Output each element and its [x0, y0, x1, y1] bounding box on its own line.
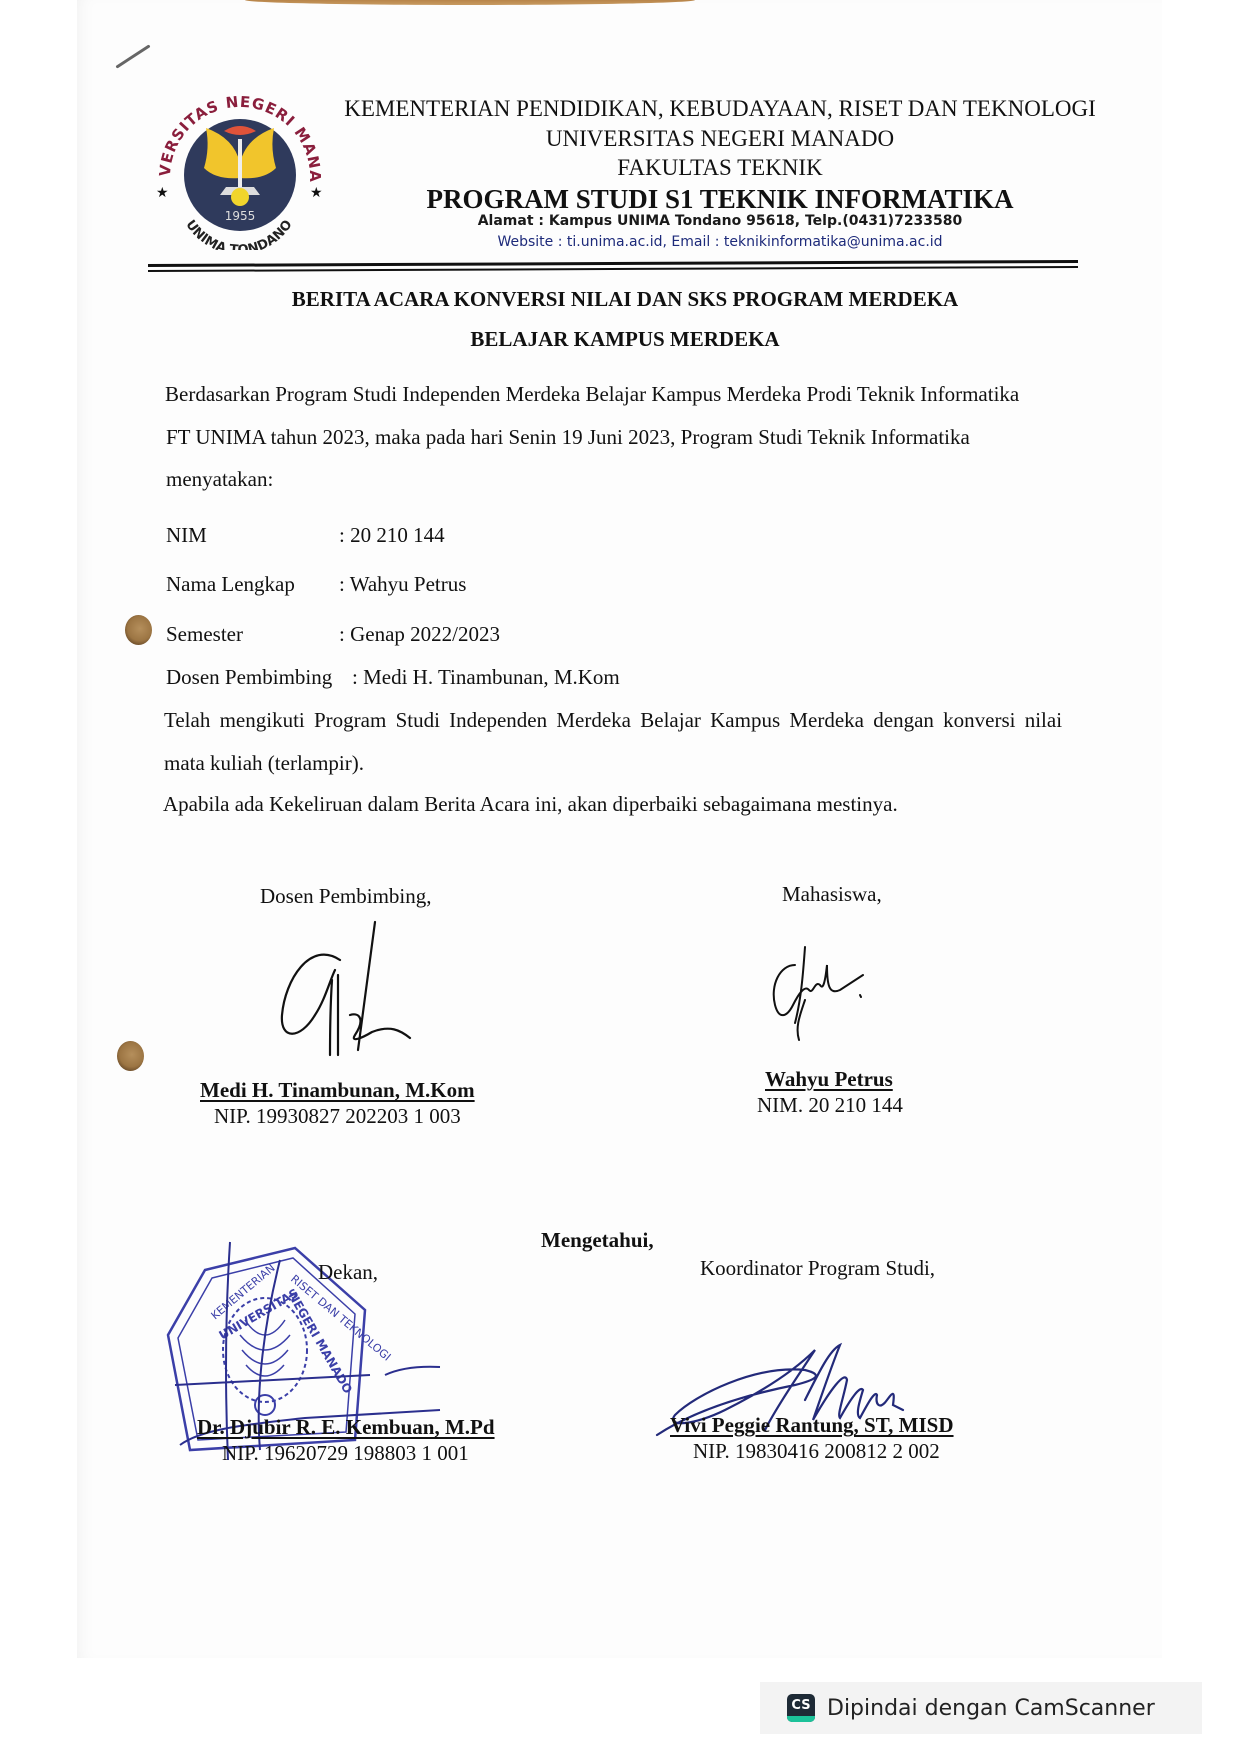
- field-value-nim: : 20 210 144: [339, 523, 445, 548]
- camscanner-icon: CS: [787, 1694, 815, 1722]
- field-label-advisor: Dosen Pembimbing: [166, 665, 332, 690]
- intro-line: FT UNIMA tahun 2023, maka pada hari Seni…: [166, 425, 970, 450]
- advisor-signature-icon: [270, 920, 430, 1060]
- closing-statement: Apabila ada Kekeliruan dalam Berita Acar…: [163, 792, 898, 817]
- statement-line: mata kuliah (terlampir).: [164, 751, 364, 776]
- field-value-name: : Wahyu Petrus: [339, 572, 466, 597]
- statement-line: Telah mengikuti Program Studi Independen…: [164, 708, 1062, 733]
- coordinator-nip: NIP. 19830416 200812 2 002: [693, 1439, 940, 1464]
- hole-punch: [125, 615, 152, 645]
- faculty-name: FAKULTAS TEKNIK: [340, 155, 1100, 181]
- field-label-name: Nama Lengkap: [166, 572, 295, 597]
- document-title-line2: BELAJAR KAMPUS MERDEKA: [150, 327, 1100, 352]
- program-name: PROGRAM STUDI S1 TEKNIK INFORMATIKA: [340, 184, 1100, 215]
- field-value-advisor: : Medi H. Tinambunan, M.Kom: [352, 665, 620, 690]
- contact-line: Website : ti.unima.ac.id, Email : teknik…: [340, 234, 1100, 250]
- field-label-nim: NIM: [166, 523, 207, 548]
- address-line: Alamat : Kampus UNIMA Tondano 95618, Tel…: [340, 213, 1100, 229]
- advisor-nip: NIP. 19930827 202203 1 003: [214, 1104, 461, 1129]
- student-role: Mahasiswa,: [782, 882, 882, 907]
- intro-line: menyatakan:: [166, 467, 273, 492]
- dean-name: Dr. Djubir R. E. Kembuan, M.Pd: [197, 1415, 495, 1440]
- document-title-line1: BERITA ACARA KONVERSI NILAI DAN SKS PROG…: [150, 287, 1100, 312]
- svg-text:1955: 1955: [225, 209, 256, 223]
- field-label-semester: Semester: [166, 622, 243, 647]
- student-nim: NIM. 20 210 144: [757, 1093, 903, 1118]
- dean-role: Dekan,: [318, 1260, 378, 1285]
- student-name: Wahyu Petrus: [765, 1067, 893, 1092]
- camscanner-text: Dipindai dengan CamScanner: [827, 1696, 1155, 1721]
- camscanner-watermark: CS Dipindai dengan CamScanner: [760, 1682, 1202, 1734]
- acknowledged-label: Mengetahui,: [541, 1228, 654, 1253]
- ministry-name: KEMENTERIAN PENDIDIKAN, KEBUDAYAAN, RISE…: [340, 96, 1100, 122]
- unima-logo-icon: 1955 UNIVERSITAS NEGERI MANADO UNIMA TON…: [148, 85, 328, 250]
- svg-text:★: ★: [310, 186, 323, 201]
- student-signature-icon: [765, 945, 875, 1045]
- advisor-name: Medi H. Tinambunan, M.Kom: [200, 1078, 475, 1103]
- coordinator-role: Koordinator Program Studi,: [700, 1256, 935, 1281]
- intro-line: Berdasarkan Program Studi Independen Mer…: [165, 382, 1019, 407]
- svg-text:★: ★: [156, 186, 169, 201]
- advisor-role: Dosen Pembimbing,: [260, 884, 432, 909]
- coordinator-name: Vivi Peggie Rantung, ST, MISD: [670, 1413, 954, 1438]
- dean-nip: NIP. 19620729 198803 1 001: [222, 1441, 469, 1466]
- field-value-semester: : Genap 2022/2023: [339, 622, 500, 647]
- hole-punch: [117, 1041, 144, 1071]
- university-name: UNIVERSITAS NEGERI MANADO: [340, 126, 1100, 152]
